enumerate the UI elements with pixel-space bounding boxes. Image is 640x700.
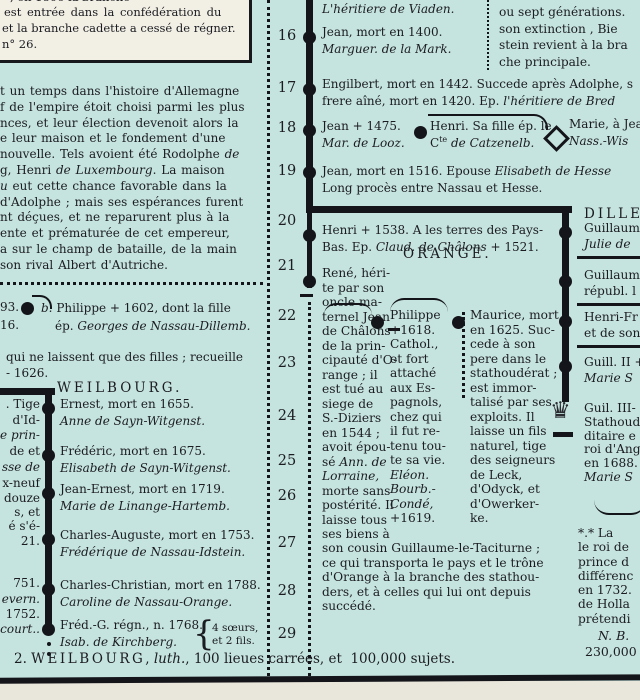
margin-fragment: 21. (0, 534, 40, 550)
brace-note: 4 sœurs, et 2 fils. (212, 622, 258, 648)
generation-number: 23 (272, 355, 302, 371)
dillembourg-entry: Guill. II + Marie S (584, 355, 640, 386)
gen18-entry-marie: Marie, à Jea Nass.-Wis (569, 116, 640, 150)
generation-number: 26 (272, 488, 302, 504)
generation-number: 16 (272, 28, 302, 44)
node-dot (559, 315, 572, 328)
gen19-entry: Jean, mort en 1516. Epouse Elisabeth de … (322, 163, 611, 197)
crown-bar (553, 432, 573, 437)
node-dot (303, 275, 316, 288)
note-brace-wavy-line (487, 0, 489, 70)
row-rule (577, 345, 640, 348)
guillaume3-entry: Guil. III- Stathoud ditaire e roi d'Ang … (584, 402, 640, 485)
generation-number: 17 (272, 80, 302, 96)
generation-number: 21 (272, 258, 302, 274)
gen18-entry-jean: Jean + 1475. Mar. de Looz. (322, 118, 405, 152)
gen18-entry-henri: Henri. Sa fille ép. le Cte de Catzenelb. (430, 118, 552, 152)
philippe-orange-entry: Philippe +1618. Cathol., et fort attaché… (390, 308, 446, 526)
node-dot (303, 124, 316, 137)
margin-fragment: de et (0, 444, 40, 460)
column-divider-dotted (267, 0, 270, 676)
note-box-line2: et la branche cadette a cessé de régner. (2, 21, 235, 37)
philippe-1602-line1: b. Philippe + 1602, dont la fille (41, 301, 231, 317)
dillembourg-heading: DILLE (584, 206, 640, 222)
generation-number: 27 (272, 535, 302, 551)
paper-margin (0, 681, 640, 700)
trunk-dotted-continuation (308, 302, 311, 676)
dotted-separator (0, 282, 263, 285)
margin-fragment: é s'é- (0, 519, 40, 535)
weilbourg-entry: Ernest, mort en 1655. Anne de Sayn-Witge… (60, 396, 205, 430)
generation-number: 28 (272, 583, 302, 599)
margin-fragment: d'Id- (0, 413, 40, 429)
margin-fragment: 1752. (0, 607, 40, 623)
viaden-heiress-line: L'héritiere de Viaden. (322, 1, 454, 18)
dillembourg-entry: Henri-Fr et de son (584, 310, 640, 341)
weilbourg-entry: Charles-Auguste, mort en 1753. Frédériqu… (60, 527, 254, 561)
dillembourg-entry: Guillaum Julie de (584, 221, 640, 252)
node-dot (371, 316, 384, 329)
margin-fragment: court.. (0, 622, 40, 638)
weilbourg-entry: Charles-Christian, mort en 1788. Carolin… (60, 577, 261, 611)
descent-arc (324, 303, 372, 317)
succession-note: ou sept générations. son extinction , Bi… (499, 4, 628, 70)
footnote-text: *.* La le roi de prince d différenc en 1… (578, 526, 636, 626)
node-dot (42, 402, 55, 415)
population-figure: 230,000 (585, 644, 637, 659)
margin-fragment: sse de (0, 460, 40, 476)
trunk-dash (300, 294, 313, 297)
nota-bene: N. B. (598, 628, 629, 643)
note-box-line3: n° 26. (2, 37, 37, 53)
margin-fragment: 751. (0, 576, 40, 592)
filles-note: qui ne laissent que des filles ; recueil… (6, 350, 243, 382)
rene-entry-tail: son cousin Guillaume-le-Taciturne ; ce q… (322, 541, 544, 614)
node-dot (42, 449, 55, 462)
node-dot (303, 83, 316, 96)
footnote-arc (594, 500, 640, 515)
margin-fragment: evern. (0, 592, 40, 608)
node-dot (452, 316, 465, 329)
dillembourg-entry: Guillaum républ. l (584, 268, 640, 299)
generation-number: 18 (272, 120, 302, 136)
node-dot (303, 166, 316, 179)
node-dot (42, 623, 55, 636)
weilbourg-entry: Frédéric, mort en 1675. Elisabeth de Say… (60, 443, 231, 477)
trunk-dots (47, 642, 51, 646)
weilbourg-entry: Fréd.-G. régn., n. 1768. Isab. de Kirchb… (60, 617, 203, 651)
margin-fragment: e prin- (0, 428, 40, 444)
node-dot (42, 533, 55, 546)
crown-icon: ♛ (550, 398, 571, 424)
generation-number: 25 (272, 453, 302, 469)
node-dot (559, 226, 572, 239)
scanned-genealogy-plate: , en 1806 la branche est entrée dans la … (0, 0, 640, 700)
node-dot (559, 275, 572, 288)
orange-heading: ORANGE. (403, 246, 492, 262)
footer-territory-line: 2. WEILBOURG, luth., 100 lieues carrées,… (14, 651, 455, 667)
note-box-line1: est entrée dans la confédération du (4, 5, 221, 21)
node-dot (42, 583, 55, 596)
generation-number: 29 (272, 626, 302, 642)
margin-ref-93: 93. (0, 300, 19, 316)
generation-number: 24 (272, 408, 302, 424)
left-paragraph: t un temps dans l'histoire d'Allemagne f… (0, 84, 245, 274)
gen16-entry: Jean, mort en 1400. Marguer. de la Mark. (322, 24, 451, 58)
node-dot (559, 360, 572, 373)
node-dot (42, 487, 55, 500)
weilbourg-heading: WEILBOURG. (57, 380, 182, 396)
branch-bar-to-dillembourg (306, 206, 572, 213)
row-rule (577, 303, 640, 306)
node-dot (303, 31, 316, 44)
node-dot (414, 126, 427, 139)
row-rule (577, 256, 640, 259)
node-dot (303, 229, 316, 242)
margin-fragment: . Tige (0, 397, 40, 413)
gen17-entry: Engilbert, mort en 1442. Succede après A… (322, 76, 633, 110)
generation-number: 22 (272, 308, 302, 324)
margin-ref-16: 16. (0, 318, 19, 334)
weilbourg-entry: Jean-Ernest, mort en 1719. Marie de Lina… (60, 481, 230, 515)
generation-number: 20 (272, 213, 302, 229)
philippe-1602-line2: ép. Georges de Nassau-Dillemb. (55, 319, 250, 335)
margin-fragment: x-neuf (0, 476, 40, 492)
generation-number: 19 (272, 163, 302, 179)
maurice-entry: Maurice, mort en 1625. Suc- cede à son p… (470, 308, 559, 526)
